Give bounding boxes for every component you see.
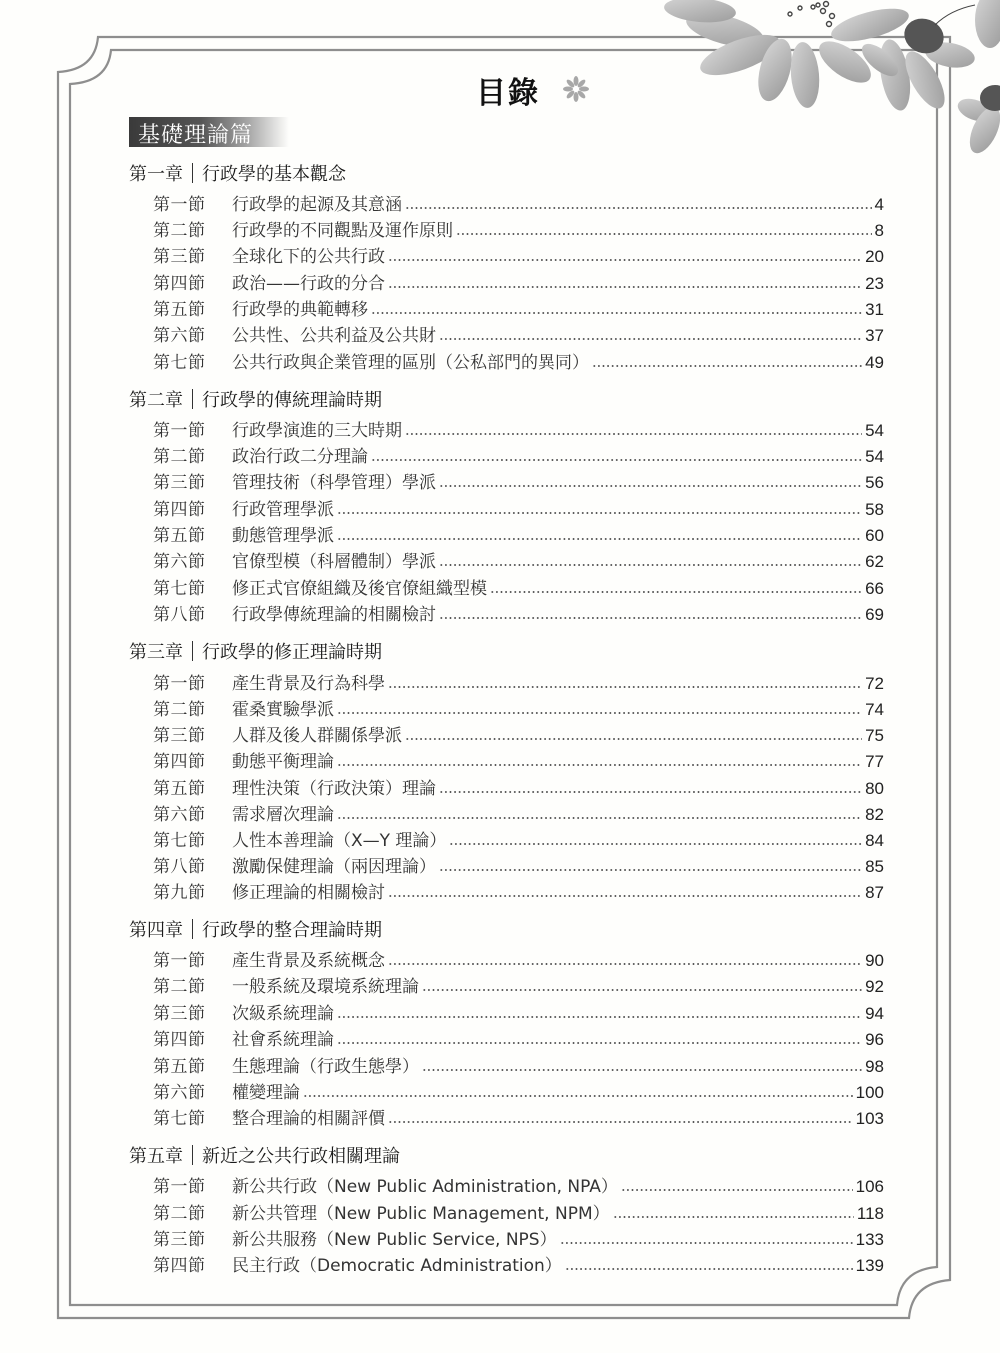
section-title: 人群及後人群關係學派 — [232, 724, 402, 748]
page-number: 54 — [865, 445, 884, 469]
dot-leader — [565, 1268, 853, 1270]
section-label: 第六節 — [153, 803, 232, 827]
section-label: 第二節 — [153, 219, 232, 243]
section-label: 第三節 — [153, 1002, 232, 1026]
page-number: 60 — [865, 524, 884, 548]
dot-leader — [439, 617, 862, 619]
section-label: 第一節 — [153, 1175, 232, 1199]
page-number: 85 — [865, 855, 884, 879]
section-label: 第一節 — [153, 672, 232, 696]
section-title: 動態平衡理論 — [232, 750, 334, 774]
section-title: 公共性、公共利益及公共財 — [232, 324, 436, 348]
toc-entry[interactable]: 第八節激勵保健理論（兩因理論）85 — [153, 855, 884, 879]
section-label: 第七節 — [153, 829, 232, 853]
section-title: 修正理論的相關檢討 — [232, 881, 385, 905]
section-title: 激勵保健理論（兩因理論） — [232, 855, 436, 879]
toc-entry[interactable]: 第七節整合理論的相關評價103 — [153, 1107, 884, 1131]
toc-entry[interactable]: 第三節次級系統理論94 — [153, 1002, 884, 1026]
dot-leader — [371, 312, 862, 314]
section-label: 第一節 — [153, 949, 232, 973]
section-label: 第八節 — [153, 603, 232, 627]
dot-leader — [405, 207, 872, 209]
chapter-number: 第五章 — [129, 1146, 183, 1167]
section-title: 霍桑實驗學派 — [232, 698, 334, 722]
page-number: 139 — [856, 1254, 884, 1278]
page-number: 69 — [865, 603, 884, 627]
page-number: 87 — [865, 881, 884, 905]
section-title: 社會系統理論 — [232, 1028, 334, 1052]
page-number: 31 — [865, 298, 884, 322]
section-title: 動態管理學派 — [232, 524, 334, 548]
toc-entry[interactable]: 第四節動態平衡理論77 — [153, 750, 884, 774]
dot-leader — [439, 564, 862, 566]
page-number: 56 — [865, 471, 884, 495]
section-title: 管理技術（科學管理）學派 — [232, 471, 436, 495]
dot-leader — [371, 459, 862, 461]
section-label: 第四節 — [153, 1028, 232, 1052]
section-title: 生態理論（行政生態學） — [232, 1055, 419, 1079]
section-title: 行政學的起源及其意涵 — [232, 193, 402, 217]
page-number: 82 — [865, 803, 884, 827]
dot-leader — [439, 485, 862, 487]
page-number: 37 — [865, 324, 884, 348]
chapter-heading[interactable]: 第二章行政學的傳統理論時期 — [129, 389, 382, 413]
section-label: 第五節 — [153, 298, 232, 322]
toc-entry[interactable]: 第一節產生背景及行為科學72 — [153, 672, 884, 696]
dot-leader — [405, 433, 862, 435]
toc-entry[interactable]: 第四節民主行政（Democratic Administration）139 — [153, 1254, 884, 1278]
chapter-title: 行政學的傳統理論時期 — [202, 390, 382, 411]
section-title: 新公共行政（New Public Administration, NPA） — [232, 1175, 618, 1199]
separator — [192, 641, 193, 661]
section-title: 新公共服務（New Public Service, NPS） — [232, 1228, 557, 1252]
section-title: 政治——行政的分合 — [232, 272, 385, 296]
section-label: 第七節 — [153, 351, 232, 375]
chapter-number: 第三章 — [129, 642, 183, 663]
toc-entry[interactable]: 第六節公共性、公共利益及公共財37 — [153, 324, 884, 348]
chapter-heading[interactable]: 第一章行政學的基本觀念 — [129, 163, 346, 187]
section-label: 第四節 — [153, 272, 232, 296]
section-title: 行政學演進的三大時期 — [232, 419, 402, 443]
page-number: 74 — [865, 698, 884, 722]
section-title: 次級系統理論 — [232, 1002, 334, 1026]
toc-entry[interactable]: 第一節新公共行政（New Public Administration, NPA）… — [153, 1175, 884, 1199]
dot-leader — [388, 963, 862, 965]
section-label: 第二節 — [153, 975, 232, 999]
chapter-title: 行政學的整合理論時期 — [202, 920, 382, 941]
toc-entry[interactable]: 第四節政治——行政的分合23 — [153, 272, 884, 296]
toc-entry[interactable]: 第四節社會系統理論96 — [153, 1028, 884, 1052]
dot-leader — [592, 365, 862, 367]
chapter-heading[interactable]: 第四章行政學的整合理論時期 — [129, 919, 382, 943]
dot-leader — [456, 233, 872, 235]
section-title: 整合理論的相關評價 — [232, 1107, 385, 1131]
section-label: 第四節 — [153, 498, 232, 522]
dot-leader — [405, 738, 862, 740]
dot-leader — [337, 712, 862, 714]
section-label: 第六節 — [153, 550, 232, 574]
section-label: 第三節 — [153, 724, 232, 748]
section-label: 第五節 — [153, 524, 232, 548]
page-number: 100 — [856, 1081, 884, 1105]
dot-leader — [388, 286, 862, 288]
toc-entry[interactable]: 第九節修正理論的相關檢討87 — [153, 881, 884, 905]
section-title: 全球化下的公共行政 — [232, 245, 385, 269]
toc-entry[interactable]: 第五節動態管理學派60 — [153, 524, 884, 548]
section-title: 需求層次理論 — [232, 803, 334, 827]
dot-leader — [337, 1042, 862, 1044]
toc-entry[interactable]: 第三節人群及後人群關係學派75 — [153, 724, 884, 748]
section-title: 行政學的典範轉移 — [232, 298, 368, 322]
dot-leader — [337, 512, 862, 514]
section-title: 修正式官僚組織及後官僚組織型模 — [232, 577, 487, 601]
dot-leader — [439, 791, 862, 793]
section-label: 第八節 — [153, 855, 232, 879]
section-title: 新公共管理（New Public Management, NPM） — [232, 1202, 610, 1226]
dot-leader — [337, 817, 862, 819]
section-title: 官僚型模（科層體制）學派 — [232, 550, 436, 574]
dot-leader — [337, 1016, 862, 1018]
dot-leader — [388, 895, 862, 897]
toc-entry[interactable]: 第二節行政學的不同觀點及運作原則8 — [153, 219, 884, 243]
dot-leader — [490, 591, 862, 593]
separator — [192, 389, 193, 409]
page-number: 118 — [857, 1202, 884, 1226]
page-number: 8 — [875, 219, 884, 243]
page-number: 75 — [865, 724, 884, 748]
section-label: 第二節 — [153, 1202, 232, 1226]
toc-entry[interactable]: 第五節理性決策（行政決策）理論80 — [153, 777, 884, 801]
section-title: 民主行政（Democratic Administration） — [232, 1254, 562, 1278]
dot-leader — [337, 538, 862, 540]
dot-leader — [388, 259, 862, 261]
dot-leader — [560, 1242, 853, 1244]
chapter-heading[interactable]: 第五章新近之公共行政相關理論 — [129, 1145, 400, 1169]
dot-leader — [422, 989, 862, 991]
toc-entry[interactable]: 第二節霍桑實驗學派74 — [153, 698, 884, 722]
dot-leader — [388, 686, 862, 688]
section-label: 第三節 — [153, 471, 232, 495]
page-number: 103 — [856, 1107, 884, 1131]
section-label: 第二節 — [153, 698, 232, 722]
section-label: 第六節 — [153, 1081, 232, 1105]
dot-leader — [621, 1189, 853, 1191]
page-number: 20 — [865, 245, 884, 269]
page-number: 4 — [875, 193, 884, 217]
section-title: 產生背景及行為科學 — [232, 672, 385, 696]
chapter-number: 第一章 — [129, 164, 183, 185]
toc-entry[interactable]: 第三節全球化下的公共行政20 — [153, 245, 884, 269]
toc-entry[interactable]: 第六節需求層次理論82 — [153, 803, 884, 827]
page-number: 92 — [865, 975, 884, 999]
chapter-title: 新近之公共行政相關理論 — [202, 1146, 400, 1167]
toc-entry[interactable]: 第七節人性本善理論（X—Y 理論）84 — [153, 829, 884, 853]
dot-leader — [613, 1216, 854, 1218]
part-label: 基礎理論篇 — [138, 118, 253, 149]
section-label: 第一節 — [153, 193, 232, 217]
page-number: 58 — [865, 498, 884, 522]
dot-leader — [388, 1121, 853, 1123]
section-title: 公共行政與企業管理的區別（公私部門的異同） — [232, 351, 589, 375]
toc-entry[interactable]: 第三節新公共服務（New Public Service, NPS）133 — [153, 1228, 884, 1252]
section-label: 第九節 — [153, 881, 232, 905]
section-label: 第五節 — [153, 777, 232, 801]
chapter-number: 第二章 — [129, 390, 183, 411]
toc-entry[interactable]: 第一節行政學的起源及其意涵4 — [153, 193, 884, 217]
section-title: 人性本善理論（X—Y 理論） — [232, 829, 446, 853]
dot-leader — [337, 764, 862, 766]
section-label: 第五節 — [153, 1055, 232, 1079]
section-title: 產生背景及系統概念 — [232, 949, 385, 973]
page-number: 94 — [865, 1002, 884, 1026]
toc-entry[interactable]: 第五節生態理論（行政生態學）98 — [153, 1055, 884, 1079]
page-number: 62 — [865, 550, 884, 574]
section-label: 第一節 — [153, 419, 232, 443]
chapter-title: 行政學的基本觀念 — [202, 164, 346, 185]
section-label: 第六節 — [153, 324, 232, 348]
section-label: 第七節 — [153, 577, 232, 601]
toc-entry[interactable]: 第五節行政學的典範轉移31 — [153, 298, 884, 322]
page-number: 23 — [865, 272, 884, 296]
flower-ornament-icon — [563, 76, 589, 102]
section-title: 一般系統及環境系統理論 — [232, 975, 419, 999]
section-title: 理性決策（行政決策）理論 — [232, 777, 436, 801]
section-title: 政治行政二分理論 — [232, 445, 368, 469]
separator — [192, 163, 193, 183]
page-number: 49 — [865, 351, 884, 375]
page-number: 66 — [865, 577, 884, 601]
page-number: 77 — [865, 750, 884, 774]
section-title: 行政管理學派 — [232, 498, 334, 522]
part-label-badge: 基礎理論篇 — [129, 117, 289, 147]
toc-entry[interactable]: 第二節政治行政二分理論54 — [153, 445, 884, 469]
toc-entry[interactable]: 第六節官僚型模（科層體制）學派62 — [153, 550, 884, 574]
toc-entry[interactable]: 第二節新公共管理（New Public Management, NPM）118 — [153, 1202, 884, 1226]
toc-entry[interactable]: 第六節權變理論100 — [153, 1081, 884, 1105]
section-label: 第四節 — [153, 750, 232, 774]
separator — [192, 1145, 193, 1165]
section-label: 第三節 — [153, 245, 232, 269]
section-label: 第四節 — [153, 1254, 232, 1278]
toc-entry[interactable]: 第三節管理技術（科學管理）學派56 — [153, 471, 884, 495]
dot-leader — [449, 843, 862, 845]
toc-entry[interactable]: 第四節行政管理學派58 — [153, 498, 884, 522]
chapter-number: 第四章 — [129, 920, 183, 941]
section-label: 第二節 — [153, 445, 232, 469]
section-label: 第三節 — [153, 1228, 232, 1252]
dot-leader — [422, 1069, 862, 1071]
page-number: 80 — [865, 777, 884, 801]
toc-entry[interactable]: 第一節行政學演進的三大時期54 — [153, 419, 884, 443]
page-number: 133 — [856, 1228, 884, 1252]
toc-entry[interactable]: 第七節公共行政與企業管理的區別（公私部門的異同）49 — [153, 351, 884, 375]
page-number: 96 — [865, 1028, 884, 1052]
chapter-title: 行政學的修正理論時期 — [202, 642, 382, 663]
section-title: 權變理論 — [232, 1081, 300, 1105]
separator — [192, 919, 193, 939]
toc-entry[interactable]: 第八節行政學傳統理論的相關檢討69 — [153, 603, 884, 627]
page-number: 90 — [865, 949, 884, 973]
toc-entry[interactable]: 第一節產生背景及系統概念90 — [153, 949, 884, 973]
toc-entry[interactable]: 第七節修正式官僚組織及後官僚組織型模66 — [153, 577, 884, 601]
chapter-heading[interactable]: 第三章行政學的修正理論時期 — [129, 641, 382, 665]
dot-leader — [439, 338, 862, 340]
section-title: 行政學的不同觀點及運作原則 — [232, 219, 453, 243]
section-title: 行政學傳統理論的相關檢討 — [232, 603, 436, 627]
page-number: 72 — [865, 672, 884, 696]
toc-entry[interactable]: 第二節一般系統及環境系統理論92 — [153, 975, 884, 999]
dot-leader — [303, 1095, 853, 1097]
section-label: 第七節 — [153, 1107, 232, 1131]
page-number: 106 — [856, 1175, 884, 1199]
page-number: 84 — [865, 829, 884, 853]
page-number: 98 — [865, 1055, 884, 1079]
page-title: 目錄 — [476, 68, 540, 112]
dot-leader — [439, 869, 862, 871]
page-number: 54 — [865, 419, 884, 443]
